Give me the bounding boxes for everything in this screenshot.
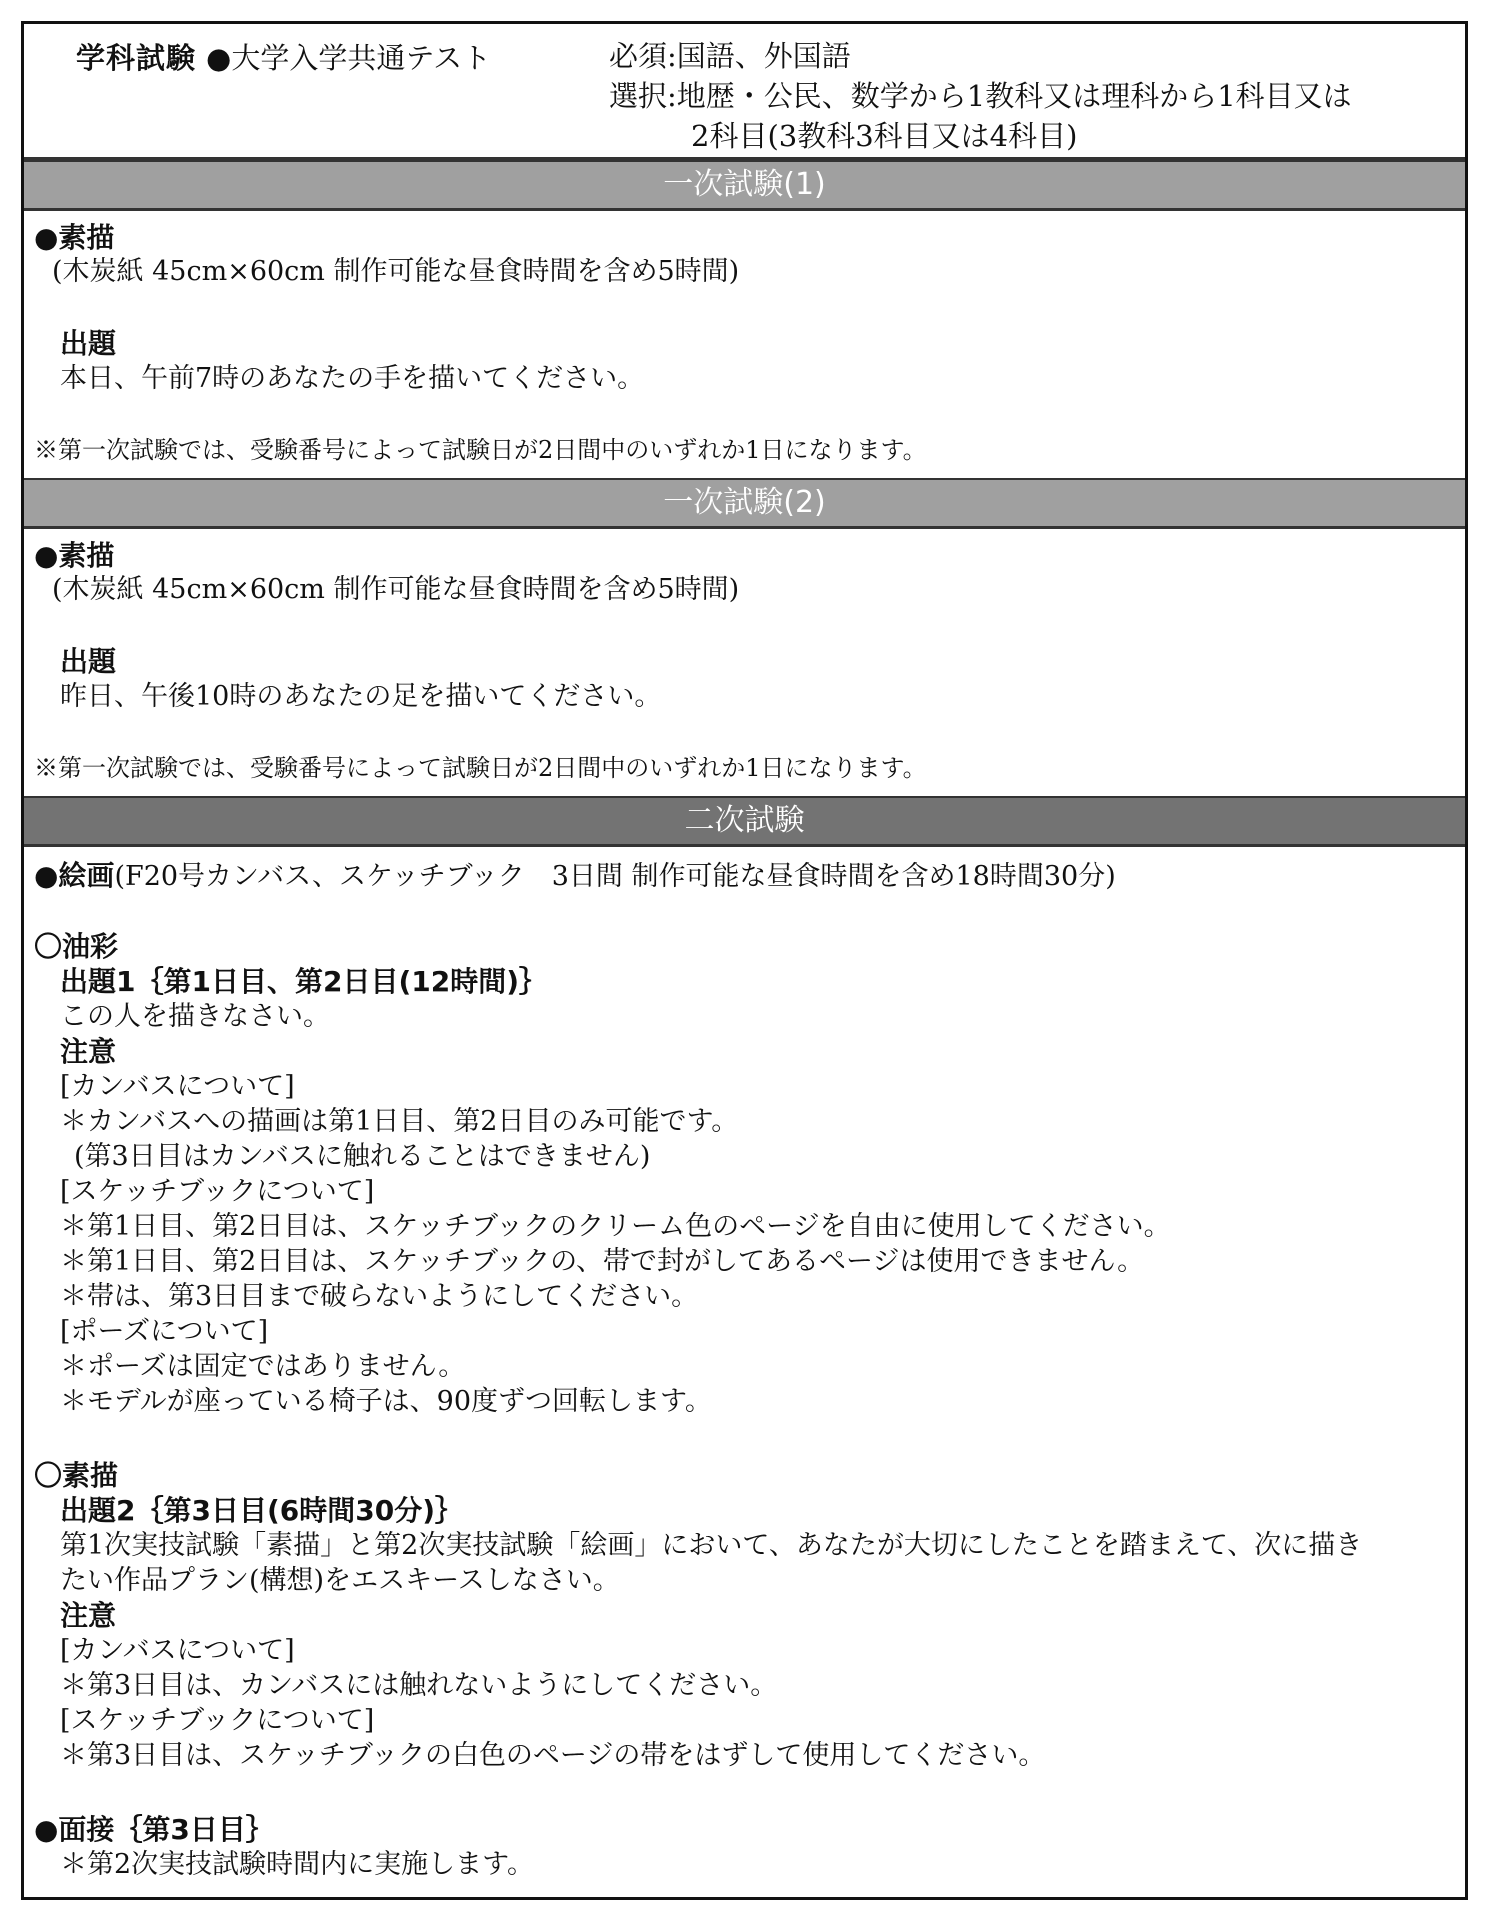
exam-day-note: ※第一次試験では、受験番号によって試験日が2日間中のいずれか1日になります。 xyxy=(34,433,927,467)
oil-caution-item: ＊ポーズは固定ではありません。 xyxy=(60,1350,465,1384)
subject-requirements: 必須:国語、外国語 選択:地歴・公民、数学から1教科又は理科から1科目又は 2科… xyxy=(609,36,1352,156)
exam-day-note: ※第一次試験では、受験番号によって試験日が2日間中のいずれか1日になります。 xyxy=(34,751,927,785)
oil-caution-item: [カンバスについて] xyxy=(60,1070,295,1104)
prompt-text: 本日、午前7時のあなたの手を描いてください。 xyxy=(60,362,644,396)
oil-caution-item: ＊モデルが座っている椅子は、90度ずつ回転します。 xyxy=(60,1385,712,1419)
exam-info-sheet: 学科試験●大学入学共通テスト 必須:国語、外国語 選択:地歴・公民、数学から1教… xyxy=(21,21,1468,1900)
drawing-heading: ●素描 xyxy=(34,221,114,255)
drawing-caution-label: 注意 xyxy=(60,1599,116,1633)
academic-test-label: 学科試験 xyxy=(76,41,196,75)
drawing-caution-item: [スケッチブックについて] xyxy=(60,1704,374,1738)
prompt-label: 出題 xyxy=(60,645,116,679)
drawing-prompt-text: 第1次実技試験「素描」と第2次実技試験「絵画」において、あなたが大切にしたことを… xyxy=(60,1529,1362,1563)
oil-caution-item: ＊カンバスへの描画は第1日目、第2日目のみ可能です。 xyxy=(60,1105,738,1139)
drawing-materials: (木炭紙 45cm×60cm 制作可能な昼食時間を含め5時間) xyxy=(52,255,739,289)
drawing-prompt-text-cont: たい作品プラン(構想)をエスキースしなさい。 xyxy=(60,1564,620,1598)
drawing-caution-item: [カンバスについて] xyxy=(60,1634,295,1668)
elective-subjects: 選択:地歴・公民、数学から1教科又は理科から1科目又は xyxy=(609,76,1352,116)
oil-caution-item: ＊帯は、第3日目まで破らないようにしてください。 xyxy=(60,1280,698,1314)
common-test-name: ●大学入学共通テスト xyxy=(206,41,491,75)
drawing-materials: (木炭紙 45cm×60cm 制作可能な昼食時間を含め5時間) xyxy=(52,573,739,607)
drawing-caution-item: ＊第3日目は、スケッチブックの白色のページの帯をはずして使用してください。 xyxy=(60,1739,1045,1773)
drawing-caution-item: ＊第3日目は、カンバスには触れないようにしてください。 xyxy=(60,1669,777,1703)
oil-caution-item: [ポーズについて] xyxy=(60,1315,268,1349)
drawing-heading: ●素描 xyxy=(34,539,114,573)
oil-caution-item: ＊第1日目、第2日目は、スケッチブックのクリーム色のページを自由に使用してくださ… xyxy=(60,1210,1171,1244)
required-subjects: 必須:国語、外国語 xyxy=(609,36,1352,76)
oil-caution-item: [スケッチブックについて] xyxy=(60,1175,374,1209)
section-band-first-exam-1: 一次試験(1) xyxy=(24,160,1465,211)
oil-prompt-text: この人を描きなさい。 xyxy=(60,1000,330,1034)
prompt-label: 出題 xyxy=(60,327,116,361)
prompt-text: 昨日、午後10時のあなたの足を描いてください。 xyxy=(60,680,661,714)
interview-note: ＊第2次実技試験時間内に実施します。 xyxy=(60,1848,534,1882)
academic-test-header: 学科試験●大学入学共通テスト 必須:国語、外国語 選択:地歴・公民、数学から1教… xyxy=(24,24,1465,160)
oil-prompt-label: 出題1｛第1日目、第2日目(12時間)｝ xyxy=(60,965,547,999)
section-band-second-exam: 二次試験 xyxy=(24,796,1465,847)
drawing-prompt-label: 出題2｛第3日目(6時間30分)｝ xyxy=(60,1494,463,1528)
elective-subjects-cont: 2科目(3教科3科目又は4科目) xyxy=(609,116,1352,156)
oil-painting-heading: 〇油彩 xyxy=(34,930,118,964)
painting-heading-row: ●絵画(F20号カンバス、スケッチブック 3日間 制作可能な昼食時間を含め18時… xyxy=(34,859,1116,894)
oil-caution-label: 注意 xyxy=(60,1035,116,1069)
oil-caution-item: (第3日目はカンバスに触れることはできません) xyxy=(74,1140,650,1174)
painting-materials: (F20号カンバス、スケッチブック 3日間 制作可能な昼食時間を含め18時間30… xyxy=(114,861,1115,892)
drawing-heading: 〇素描 xyxy=(34,1459,118,1493)
painting-heading: ●絵画 xyxy=(34,859,114,892)
academic-test-title: 学科試験●大学入学共通テスト xyxy=(76,36,491,77)
oil-caution-item: ＊第1日目、第2日目は、スケッチブックの、帯で封がしてあるページは使用できません… xyxy=(60,1245,1144,1279)
section-band-first-exam-2: 一次試験(2) xyxy=(24,478,1465,529)
interview-heading: ●面接｛第3日目｝ xyxy=(34,1813,274,1847)
